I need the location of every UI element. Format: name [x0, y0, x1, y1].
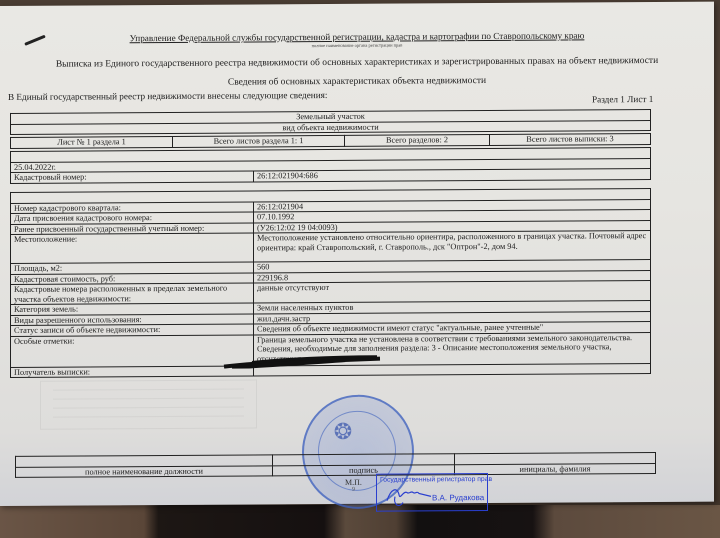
signature-icon	[385, 484, 433, 508]
total-sheets-section: Всего листов раздела 1: 1	[173, 135, 345, 147]
sheets-table: Лист № 1 раздела 1 Всего листов раздела …	[10, 133, 651, 148]
field-value: Местоположение установлено относительно …	[254, 231, 651, 262]
position-caption: полное наименование должности	[16, 465, 273, 477]
field-label: Получатель выписки:	[11, 365, 254, 377]
document-subtitle: Сведения об основных характеристиках объ…	[0, 75, 714, 89]
document-sheet: Управление Федеральной службы государств…	[0, 2, 714, 506]
section-reference: Раздел 1 Лист 1	[592, 94, 653, 104]
table-row: Местоположение: Местоположение установле…	[11, 231, 651, 264]
registrar-stamp: Государственный регистратор прав В.А. Ру…	[376, 473, 488, 512]
eagle-emblem-icon: ❂	[328, 417, 358, 447]
registrar-title: Государственный регистратор прав	[380, 476, 492, 484]
field-label: Кадастровые номера расположенных в преде…	[11, 283, 254, 304]
bleed-through-text	[40, 379, 257, 429]
field-label: Особые отметки:	[11, 334, 254, 366]
total-sheets-extract: Всего листов выписки: 3	[490, 134, 651, 145]
registrar-name: В.А. Рудакова	[432, 493, 484, 502]
redaction-scribble	[222, 354, 382, 369]
object-type-table: Земельный участок вид объекта недвижимос…	[10, 109, 651, 135]
total-sections: Всего разделов: 2	[345, 135, 490, 146]
document-title: Выписка из Единого государственного реес…	[0, 56, 714, 70]
cadastral-number-value: 26:12:021904:686	[254, 169, 651, 182]
seal-number: 9	[352, 487, 355, 493]
intro-text: В Единый государственный реестр недвижим…	[8, 90, 327, 102]
seal-caption: М.П.	[345, 478, 362, 487]
sheet-number: Лист № 1 раздела 1	[11, 136, 173, 147]
cadastral-number-label: Кадастровый номер:	[11, 171, 254, 183]
field-label: Местоположение:	[11, 233, 254, 263]
signature-table: полное наименование должности подпись ин…	[15, 452, 656, 478]
date-table: 25.04.2022г. Кадастровый номер: 26:12:02…	[10, 147, 651, 183]
background-floor	[0, 505, 720, 538]
characteristics-table: Номер кадастрового квартала: 26:12:02190…	[10, 188, 651, 378]
field-value: данные отсутствуют	[254, 281, 651, 303]
